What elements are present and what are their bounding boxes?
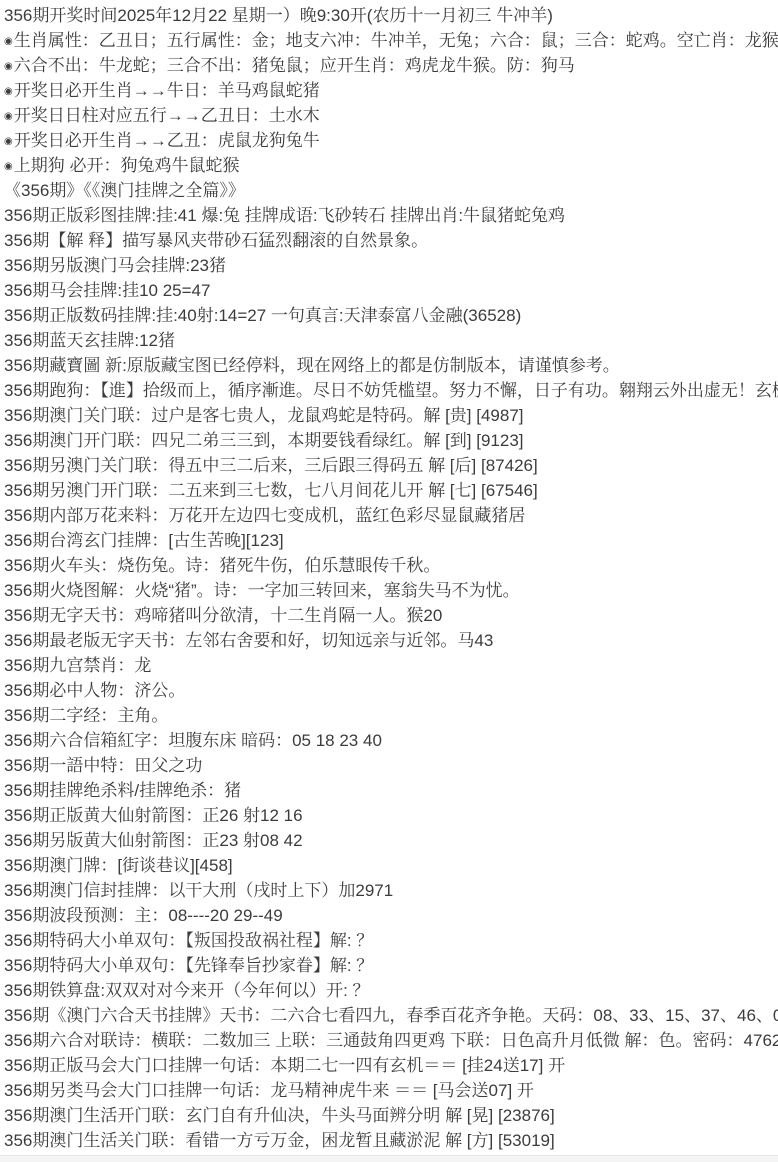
report-line: 356期正版彩图挂牌:挂:41 爆:兔 挂牌成语:飞砂转石 挂牌出肖:牛鼠猪蛇兔… [4, 203, 778, 228]
bullet-icon: ◉ [4, 154, 13, 179]
report-content: 356期开奖时间2025年12月22 星期一）晚9:30开(农历十一月初三 牛冲… [0, 0, 778, 1153]
report-line: 356期特码大小单双句：【叛国投敌祸社程】解: ？ [4, 928, 778, 953]
report-line: 356期另版澳门马会挂牌:23猪 [4, 253, 778, 278]
report-line: 356期澳门开门联：四兄二弟三三到，本期要钱看绿红。解 [到] [9123] [4, 428, 778, 453]
report-line: 356期正版黄大仙射箭图：正26 射12 16 [4, 803, 778, 828]
report-line: 356期台湾玄门挂牌：[古生苦晚][123] [4, 528, 778, 553]
report-line: 356期特码大小单双句：【先锋奉旨抄家眷】解: ？ [4, 953, 778, 978]
report-line: 356期《澳门六合天书挂牌》天书：二六合七看四九，春季百花齐争艳。天码：08、3… [4, 1003, 778, 1028]
report-line: 356期藏寶圖 新:原版藏宝图已经停料，现在网络上的都是仿制版本，请谨慎参考。 [4, 353, 778, 378]
bullet-icon: ◉ [4, 54, 13, 79]
report-line: 356期铁算盘:双双对对今来开（今年何以）开: ？ [4, 978, 778, 1003]
report-line: ◉开奖日必开生肖→→牛日：羊马鸡鼠蛇猪 [4, 78, 778, 103]
report-line: 356期火车头：烧伤兔。诗：猪死牛伤，伯乐慧眼传千秋。 [4, 553, 778, 578]
report-line: 356期跑狗：【進】拾级而上，循序漸進。尽日不妨凭槛望。努力不懈，日子有功。翱翔… [4, 378, 778, 403]
report-line: 356期另类马会大门口挂牌一句话：龙马精神虎牛来 ＝＝ [马会送07] 开 [4, 1078, 778, 1103]
report-line: 356期澳门信封挂牌：以干大刑（戌时上下）加2971 [4, 878, 778, 903]
report-line: 356期正版马会大门口挂牌一句话：本期二七一四有玄机＝＝ [挂24送17] 开 [4, 1053, 778, 1078]
report-line: ◉生肖属性：乙丑日；五行属性：金；地支六冲：牛冲羊，无兔；六合：鼠；三合：蛇鸡。… [4, 28, 778, 53]
report-line: 356期挂牌绝杀料/挂牌绝杀：猪 [4, 778, 778, 803]
report-line: 356期六合对联诗：横联：二数加三 上联：三通鼓角四更鸡 下联：日色高升月低微 … [4, 1028, 778, 1053]
report-line: ◉上期狗 必开：狗兔鸡牛鼠蛇猴 [4, 153, 778, 178]
report-line: 356期澳门牌：[街谈巷议][458] [4, 853, 778, 878]
report-line: 356期必中人物：济公。 [4, 678, 778, 703]
report-line: 356期火烧图解：火烧“猪”。诗：一字加三转回来，塞翁失马不为忧。 [4, 578, 778, 603]
report-line: 356期无字天书：鸡啼猪叫分欲清，十二生肖隔一人。猴20 [4, 603, 778, 628]
report-line: ◉开奖日日柱对应五行→→乙丑日：土水木 [4, 103, 778, 128]
report-line: 356期另澳门开门联：二五来到三七数，七八月间花儿开 解 [七] [67546] [4, 478, 778, 503]
bullet-icon: ◉ [4, 104, 13, 129]
report-line: 356期二字经：主角。 [4, 703, 778, 728]
report-line: 356期澳门关门联：过户是客七贵人，龙鼠鸡蛇是特码。解 [贵] [4987] [4, 403, 778, 428]
report-line: 356期正版数码挂牌:挂:40射:14=27 一句真言:天津泰富八金融(3652… [4, 303, 778, 328]
report-line: 356期【解 释】描写暴风夹带砂石猛烈翻滚的自然景象。 [4, 228, 778, 253]
report-line: 356期九宫禁肖：龙 [4, 653, 778, 678]
report-line: 356期澳门生活开门联：玄门自有升仙决，牛头马面辨分明 解 [晃] [23876… [4, 1103, 778, 1128]
report-line: 356期波段预测：主：08----20 29--49 [4, 903, 778, 928]
report-line: 356期最老版无字天书：左邻右舍要和好，切知远亲与近邻。马43 [4, 628, 778, 653]
report-line: 356期澳门生活关门联：看错一方亏万金，困龙暂且藏淤泥 解 [方] [53019… [4, 1128, 778, 1153]
report-line: 356期蓝天玄挂牌:12猪 [4, 328, 778, 353]
bullet-icon: ◉ [4, 79, 13, 104]
bottom-divider-bar [0, 1155, 778, 1162]
report-line: 356期一語中特：田父之功 [4, 753, 778, 778]
report-line: 356期另澳门关门联：得五中三二后来，三后跟三得码五 解 [后] [87426] [4, 453, 778, 478]
bullet-icon: ◉ [4, 29, 13, 54]
bullet-icon: ◉ [4, 129, 13, 154]
report-line: 《356期》《《澳门挂牌之全篇》》 [4, 178, 778, 203]
report-line: 356期内部万花来料：万花开左边四七变成机，蓝红色彩尽显鼠藏猪居 [4, 503, 778, 528]
report-line: 356期六合信箱紅字：坦腹东床 暗码：05 18 23 40 [4, 728, 778, 753]
report-line: 356期另版黄大仙射箭图：正23 射08 42 [4, 828, 778, 853]
report-line: 356期马会挂牌:挂10 25=47 [4, 278, 778, 303]
report-line: ◉开奖日必开生肖→→乙丑：虎鼠龙狗兔牛 [4, 128, 778, 153]
report-line: ◉六合不出：牛龙蛇；三合不出：猪兔鼠；应开生肖：鸡虎龙牛猴。防：狗马 [4, 53, 778, 78]
report-line: 356期开奖时间2025年12月22 星期一）晚9:30开(农历十一月初三 牛冲… [4, 3, 778, 28]
